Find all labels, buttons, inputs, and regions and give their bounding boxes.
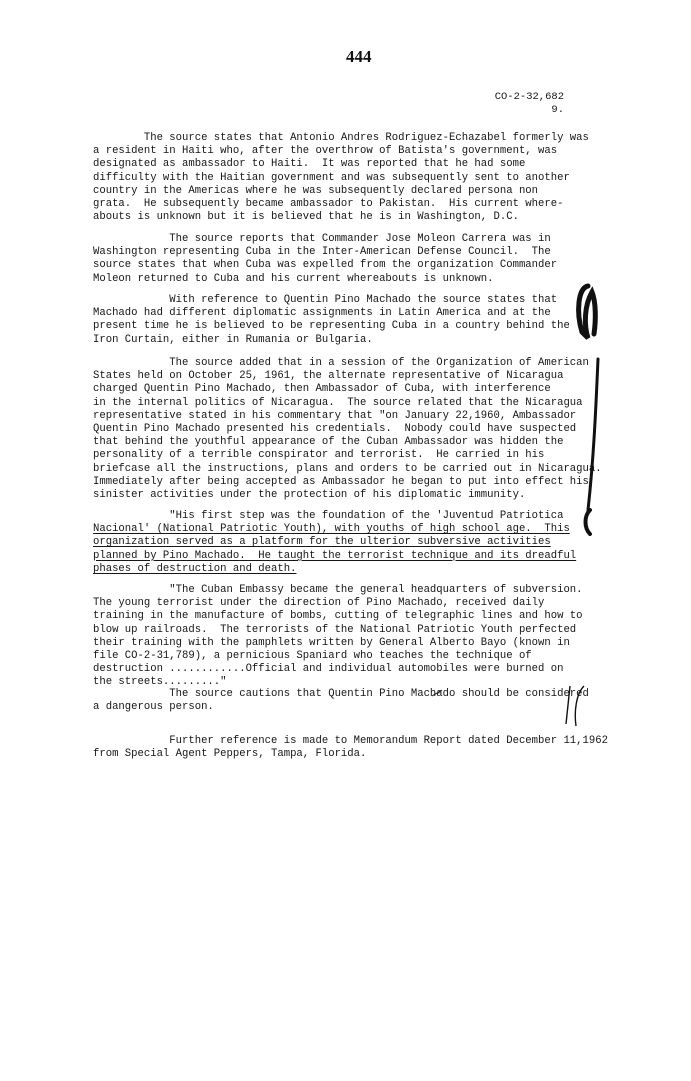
- text-line: planned by Pino Machado. He taught the t…: [93, 550, 571, 563]
- margin-bracket-mark-small: [580, 508, 596, 536]
- margin-double-line-mark: [562, 684, 588, 728]
- sheet-number: 9.: [468, 104, 564, 117]
- text-line: their training with the pamphlets writte…: [93, 637, 571, 650]
- paragraph-caution: The source cautions that Quentin Pino Ma…: [93, 688, 571, 714]
- paragraph-embassy-quote: "The Cuban Embassy became the general he…: [93, 584, 571, 690]
- text-line: The source cautions that Quentin Pino Ma…: [93, 688, 571, 701]
- text-line: difficulty with the Haitian government a…: [93, 172, 571, 185]
- file-number: CO-2-32,682: [468, 91, 564, 104]
- margin-vertical-line-mark: [584, 355, 604, 515]
- text-line: The young terrorist under the direction …: [93, 597, 571, 610]
- text-line: designated as ambassador to Haiti. It wa…: [93, 158, 571, 171]
- text-line: With reference to Quentin Pino Machado t…: [93, 294, 571, 307]
- text-line: briefcase all the instructions, plans an…: [93, 463, 571, 476]
- text-line: organization served as a platform for th…: [93, 536, 571, 549]
- check-tick-mark: [430, 688, 444, 698]
- text-line: representative stated in his commentary …: [93, 410, 571, 423]
- text-line: a dangerous person.: [93, 701, 571, 714]
- text-line: personality of a terrible conspirator an…: [93, 449, 571, 462]
- text-line: training in the manufacture of bombs, cu…: [93, 610, 571, 623]
- text-line: source states that when Cuba was expelle…: [93, 259, 571, 272]
- text-line: grata. He subsequently became ambassador…: [93, 198, 571, 211]
- text-line: a resident in Haiti who, after the overt…: [93, 145, 571, 158]
- text-line: file CO-2-31,789), a pernicious Spaniard…: [93, 650, 571, 663]
- text-line: Washington representing Cuba in the Inte…: [93, 246, 571, 259]
- margin-bracket-mark: [570, 282, 610, 342]
- text-line: sinister activities under the protection…: [93, 489, 571, 502]
- page-number: 444: [346, 47, 372, 67]
- paragraph-echazabel: The source states that Antonio Andres Ro…: [93, 132, 571, 224]
- text-line: Quentin Pino Machado presented his crede…: [93, 423, 571, 436]
- text-line: Nacional' (National Patriotic Youth), wi…: [93, 523, 571, 536]
- text-line: Further reference is made to Memorandum …: [93, 735, 571, 748]
- text-line: The source added that in a session of th…: [93, 357, 571, 370]
- paragraph-machado-assignments: With reference to Quentin Pino Machado t…: [93, 294, 571, 347]
- text-line: that behind the youthful appearance of t…: [93, 436, 571, 449]
- text-line: abouts is unknown but it is believed tha…: [93, 211, 571, 224]
- paragraph-moleon: The source reports that Commander Jose M…: [93, 233, 571, 286]
- text-line: country in the Americas where he was sub…: [93, 185, 571, 198]
- text-line: Iron Curtain, either in Rumania or Bulga…: [93, 334, 571, 347]
- text-line: blow up railroads. The terrorists of the…: [93, 624, 571, 637]
- paragraph-further-reference: Further reference is made to Memorandum …: [93, 735, 571, 761]
- text-line: Machado had different diplomatic assignm…: [93, 307, 571, 320]
- text-line: "The Cuban Embassy became the general he…: [93, 584, 571, 597]
- text-line: Immediately after being accepted as Amba…: [93, 476, 571, 489]
- text-line: States held on October 25, 1961, the alt…: [93, 370, 571, 383]
- text-line: present time he is believed to be repres…: [93, 320, 571, 333]
- paragraph-oas-session: The source added that in a session of th…: [93, 357, 571, 502]
- text-line: destruction ............Official and ind…: [93, 663, 571, 676]
- text-line: charged Quentin Pino Machado, then Ambas…: [93, 383, 571, 396]
- text-line: The source states that Antonio Andres Ro…: [93, 132, 571, 145]
- text-line: in the internal politics of Nicaragua. T…: [93, 397, 571, 410]
- file-reference: CO-2-32,682 9.: [468, 91, 564, 117]
- text-line: The source reports that Commander Jose M…: [93, 233, 571, 246]
- text-line: Moleon returned to Cuba and his current …: [93, 273, 571, 286]
- text-line: phases of destruction and death.: [93, 563, 571, 576]
- text-line: from Special Agent Peppers, Tampa, Flori…: [93, 748, 571, 761]
- text-line: "His first step was the foundation of th…: [93, 510, 571, 523]
- paragraph-juventud-quote: "His first step was the foundation of th…: [93, 510, 571, 576]
